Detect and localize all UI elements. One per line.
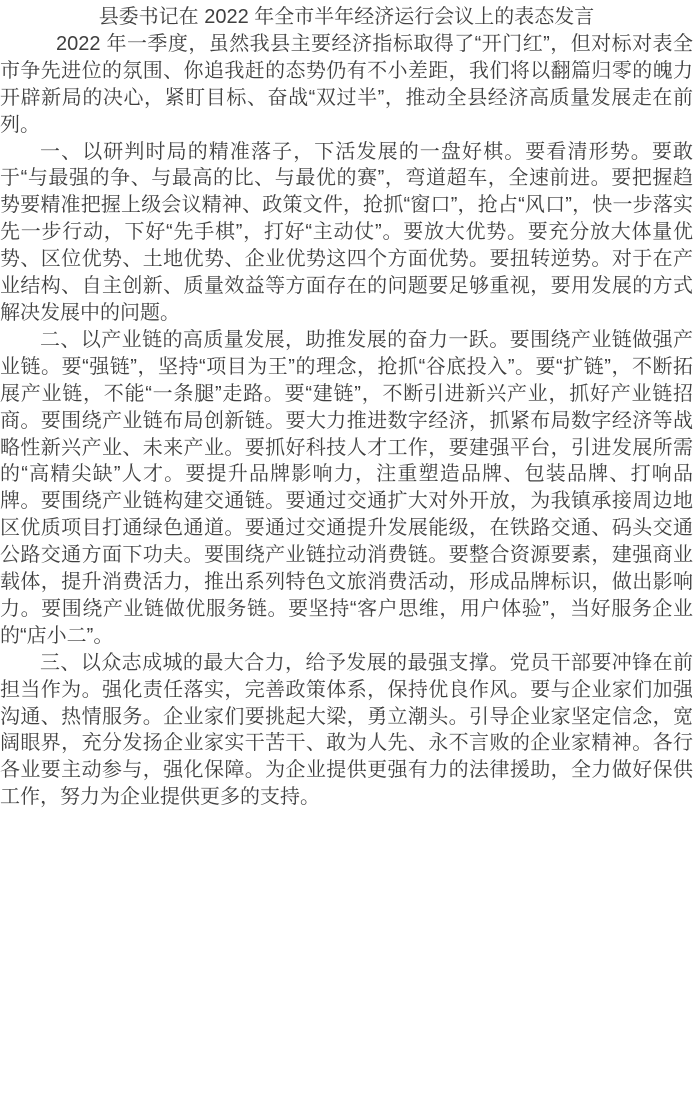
- document-title: 县委书记在 2022 年全市半年经济运行会议上的表态发言: [0, 4, 693, 31]
- paragraph-intro: 2022 年一季度，虽然我县主要经济指标取得了“开门红”，但对标对表全市争先进位…: [0, 31, 693, 139]
- paragraph-section-3: 三、以众志成城的最大合力，给予发展的最强支撑。党员干部要冲锋在前担当作为。强化责…: [0, 650, 693, 811]
- paragraph-section-2: 二、以产业链的高质量发展，助推发展的奋力一跃。要围绕产业链做强产业链。要“强链”…: [0, 327, 693, 650]
- paragraph-section-1: 一、以研判时局的精准落子，下活发展的一盘好棋。要看清形势。要敢于“与最强的争、与…: [0, 139, 693, 327]
- document-page: 县委书记在 2022 年全市半年经济运行会议上的表态发言 2022 年一季度，虽…: [0, 0, 693, 811]
